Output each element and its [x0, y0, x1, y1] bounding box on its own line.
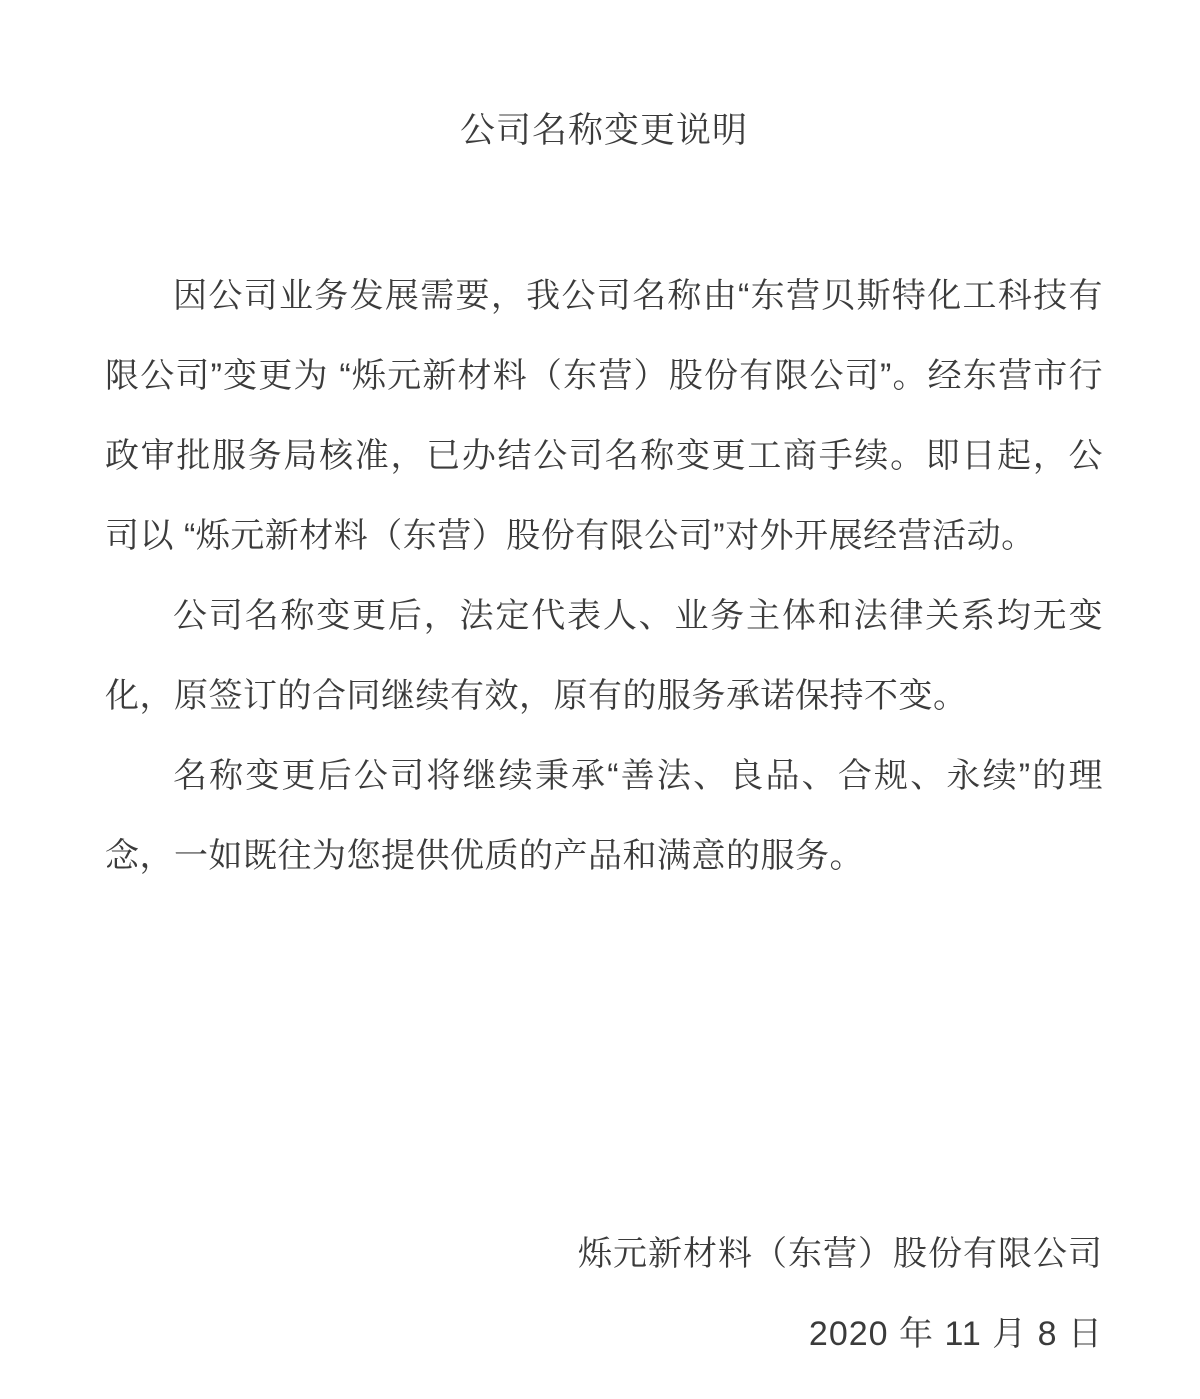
paragraph-name-change: 因公司业务发展需要，我公司名称由“东营贝斯特化工科技有限公司”变更为 “烁元新材… [105, 256, 1103, 576]
document-page: 公司名称变更说明 因公司业务发展需要，我公司名称由“东营贝斯特化工科技有限公司”… [0, 0, 1200, 1399]
paragraph-commitment: 名称变更后公司将继续秉承“善法、良品、合规、永续”的理念，一如既往为您提供优质的… [105, 736, 1103, 896]
document-footer: 烁元新材料（东营）股份有限公司 2020 年 11 月 8 日 [105, 1214, 1103, 1374]
document-body: 因公司业务发展需要，我公司名称由“东营贝斯特化工科技有限公司”变更为 “烁元新材… [105, 256, 1103, 896]
document-date: 2020 年 11 月 8 日 [105, 1294, 1103, 1374]
paragraph-legal-continuity: 公司名称变更后，法定代表人、业务主体和法律关系均无变化，原签订的合同继续有效，原… [105, 576, 1103, 736]
page-title: 公司名称变更说明 [105, 106, 1103, 156]
company-signature: 烁元新材料（东营）股份有限公司 [105, 1214, 1103, 1294]
